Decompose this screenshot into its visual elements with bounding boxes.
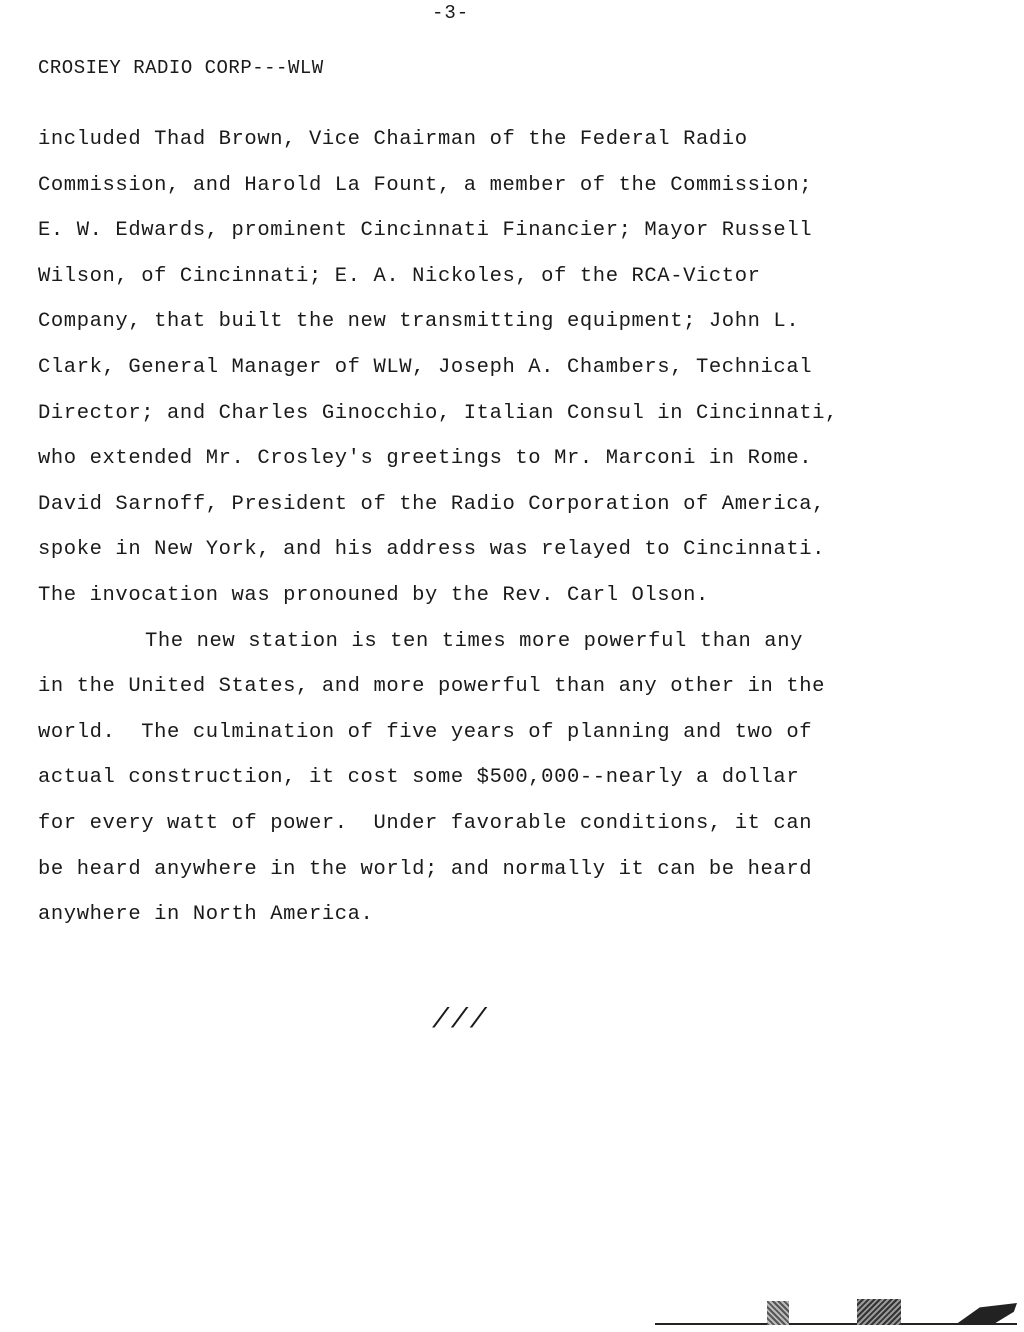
- text-line: Company, that built the new transmitting…: [38, 306, 938, 352]
- paragraph-2: The new station is ten times more powerf…: [38, 626, 938, 945]
- body-text: included Thad Brown, Vice Chairman of th…: [38, 124, 938, 945]
- text-line: in the United States, and more powerful …: [38, 671, 938, 717]
- text-line: actual construction, it cost some $500,0…: [38, 762, 938, 808]
- text-line: included Thad Brown, Vice Chairman of th…: [38, 124, 938, 170]
- text-line: The new station is ten times more powerf…: [38, 626, 938, 672]
- text-line: be heard anywhere in the world; and norm…: [38, 854, 938, 900]
- text-line: Clark, General Manager of WLW, Joseph A.…: [38, 352, 938, 398]
- text-line: spoke in New York, and his address was r…: [38, 534, 938, 580]
- text-line: Wilson, of Cincinnati; E. A. Nickoles, o…: [38, 261, 938, 307]
- text-line: Commission, and Harold La Fount, a membe…: [38, 170, 938, 216]
- document-header: CROSIEY RADIO CORP---WLW: [38, 57, 324, 79]
- text-line: who extended Mr. Crosley's greetings to …: [38, 443, 938, 489]
- end-mark: ///: [432, 1005, 488, 1036]
- text-line: Director; and Charles Ginocchio, Italian…: [38, 398, 938, 444]
- text-line: The invocation was pronouned by the Rev.…: [38, 580, 938, 626]
- text-line: for every watt of power. Under favorable…: [38, 808, 938, 854]
- paragraph-1: included Thad Brown, Vice Chairman of th…: [38, 124, 938, 626]
- text-line: world. The culmination of five years of …: [38, 717, 938, 763]
- scan-artifact: [655, 1296, 1017, 1328]
- text-line: David Sarnoff, President of the Radio Co…: [38, 489, 938, 535]
- scan-blot: [955, 1303, 1017, 1325]
- scan-blot: [767, 1301, 789, 1325]
- text-line: E. W. Edwards, prominent Cincinnati Fina…: [38, 215, 938, 261]
- scan-blot: [857, 1299, 901, 1325]
- text-line: anywhere in North America.: [38, 899, 938, 945]
- page-number: -3-: [432, 2, 469, 24]
